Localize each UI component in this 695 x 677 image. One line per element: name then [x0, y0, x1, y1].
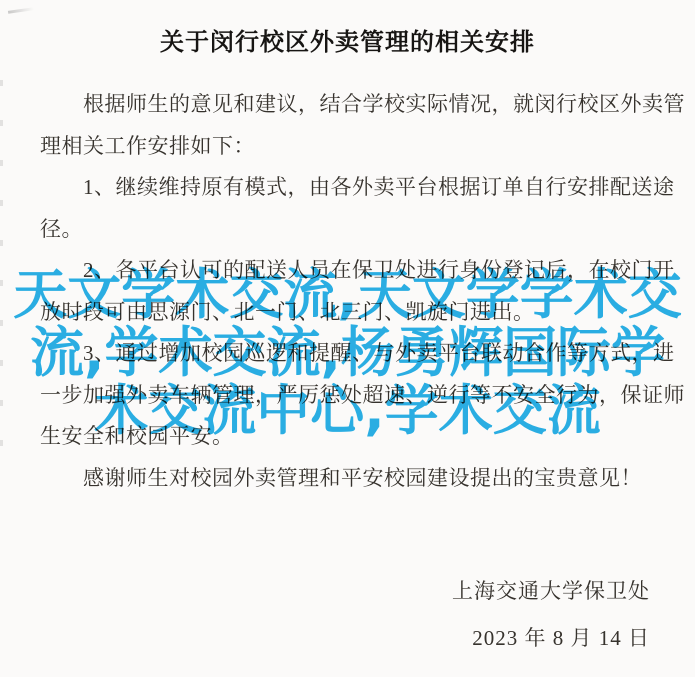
doc-item-3-line-1: 3、通过增加校园巡逻和提醒、与外卖平台联动合作等方式，进 [40, 333, 688, 375]
doc-item-3-line-2: 一步加强外卖车辆管理，严厉惩处超速、逆行等不安全行为，保证师 [40, 375, 688, 417]
doc-thanks-line: 感谢师生对校园外卖管理和平安校园建设提出的宝贵意见！ [40, 458, 688, 500]
doc-title: 关于闵行校区外卖管理的相关安排 [0, 22, 695, 57]
doc-body: 根据师生的意见和建议，结合学校实际情况，就闵行校区外卖管 理相关工作安排如下： … [40, 84, 688, 499]
doc-item-1-line-1: 1、继续维持原有模式，由各外卖平台根据订单自行安排配送途 [40, 167, 688, 209]
doc-item-1-line-2: 径。 [40, 209, 688, 251]
scan-edge-noise [0, 80, 3, 460]
signature-date: 2023 年 8 月 14 日 [452, 615, 650, 662]
doc-paragraph-1-line-1: 根据师生的意见和建议，结合学校实际情况，就闵行校区外卖管 [40, 84, 688, 126]
doc-item-2-line-1: 2、各平台认可的配送人员在保卫处进行身份登记后，在校门开 [40, 250, 688, 292]
signature-org: 上海交通大学保卫处 [452, 568, 650, 615]
doc-item-3-line-3: 生安全和校园平安。 [40, 416, 688, 458]
document-page: 关于闵行校区外卖管理的相关安排 根据师生的意见和建议，结合学校实际情况，就闵行校… [0, 0, 695, 677]
signature-block: 上海交通大学保卫处 2023 年 8 月 14 日 [452, 568, 650, 662]
scan-artifact [8, 7, 34, 14]
doc-paragraph-1-line-2: 理相关工作安排如下： [40, 126, 688, 168]
doc-item-2-line-2: 放时段可由思源门、北一门、北三门、凯旋门进出。 [40, 292, 688, 334]
